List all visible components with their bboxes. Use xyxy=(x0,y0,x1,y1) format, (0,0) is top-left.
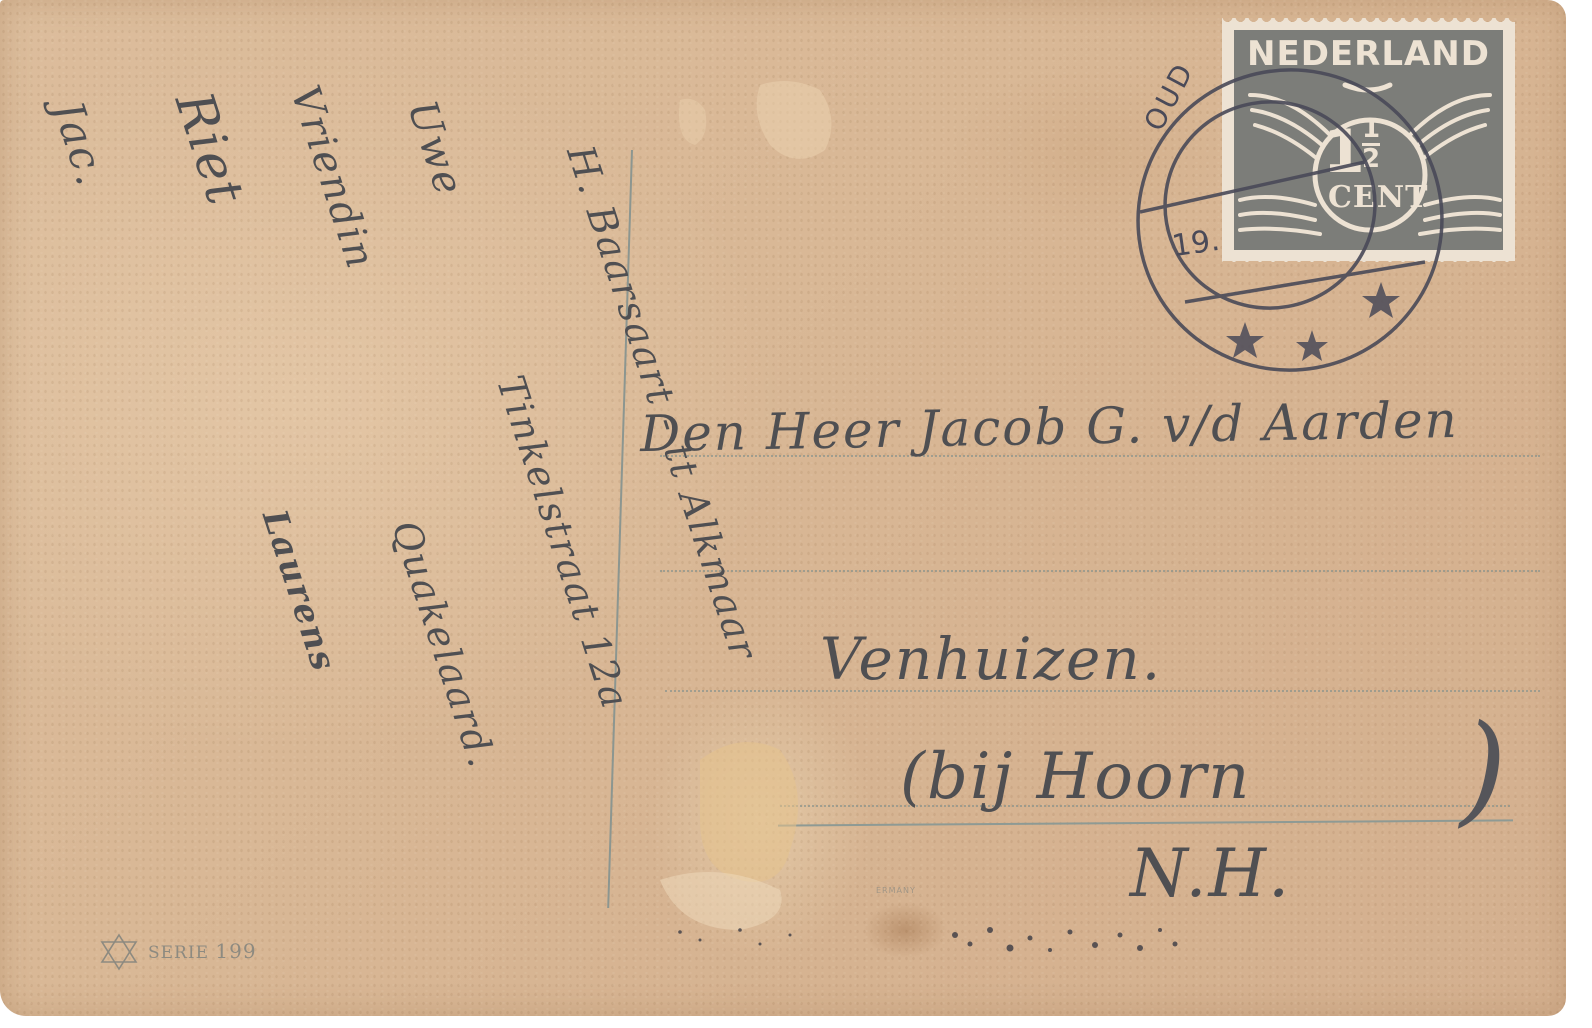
star-of-david-icon xyxy=(98,932,140,972)
series-imprint: SERIE 199 xyxy=(148,939,257,963)
address-line-3: (bij Hoorn xyxy=(900,740,1251,814)
country-imprint: ERMANY xyxy=(876,886,916,895)
address-line-4: N.H. xyxy=(1130,835,1291,912)
postmark-star-icons xyxy=(1226,282,1400,361)
address-closing-paren: ) xyxy=(1460,700,1509,839)
postmark-date: 19. xyxy=(1170,223,1222,264)
address-line-2: Venhuizen. xyxy=(820,625,1162,693)
